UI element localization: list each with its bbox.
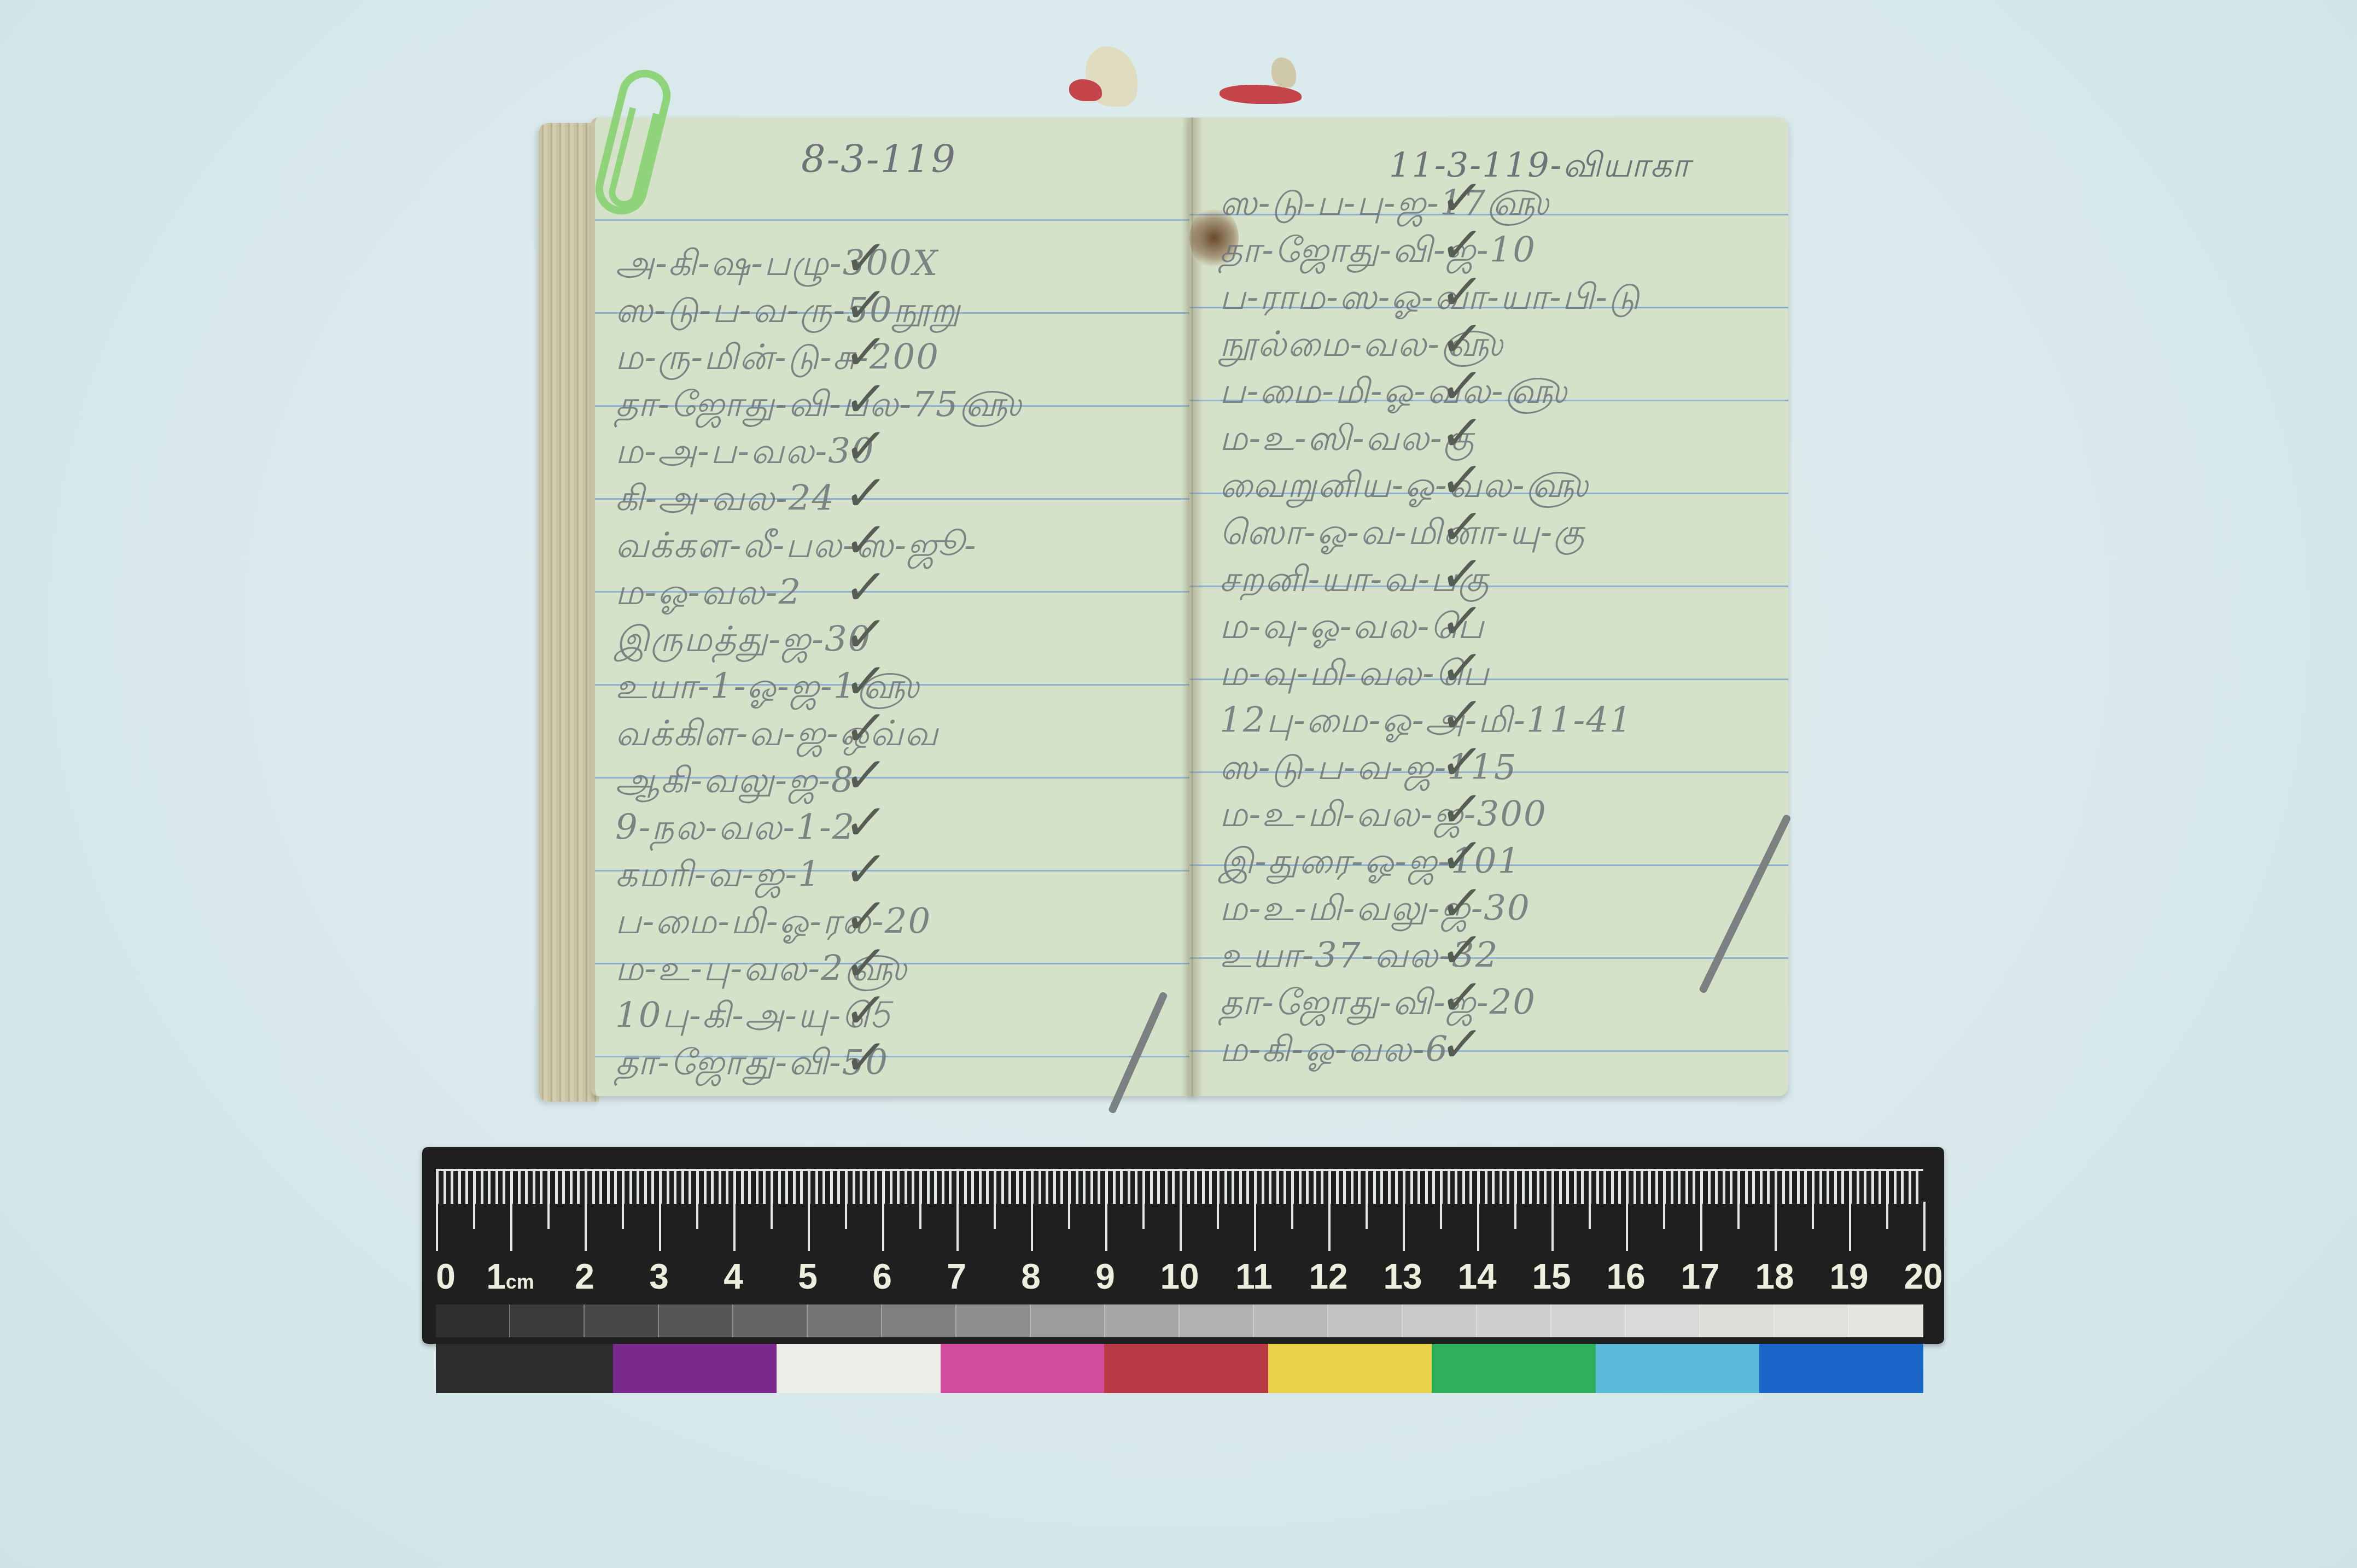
cm-tick [1477, 1202, 1479, 1251]
gray-step-patch [1031, 1304, 1105, 1337]
cm-label: 0 [436, 1256, 456, 1297]
half-cm-tick [919, 1202, 921, 1229]
half-cm-tick [1886, 1202, 1888, 1229]
handwritten-entry: ம-ரு-மின்-டு-சு-200 [615, 337, 940, 382]
cm-label: 6 [872, 1256, 892, 1297]
gray-step-patch [436, 1304, 510, 1337]
cm-tick [1626, 1202, 1628, 1251]
handwritten-entry: ம-உ-மி-வல-ஜ-300 [1220, 794, 1547, 839]
cm-tick [1775, 1202, 1777, 1251]
handwritten-entry: இருமத்து-ஜ-30 [615, 619, 871, 664]
cm-tick [436, 1202, 438, 1251]
cm-tick [1923, 1202, 1926, 1251]
half-cm-tick [1291, 1202, 1293, 1229]
half-cm-tick [1737, 1202, 1740, 1229]
cm-tick [1700, 1202, 1702, 1251]
millimeter-scale [436, 1169, 1923, 1204]
half-cm-tick [1142, 1202, 1145, 1229]
gray-step-patch [1700, 1304, 1775, 1337]
handwritten-entry: ஆகி-வலு-ஜ-8 [615, 760, 855, 805]
color-patch-white [777, 1344, 941, 1393]
gray-step-patch [733, 1304, 808, 1337]
cm-tick [1105, 1202, 1107, 1251]
half-cm-tick [1366, 1202, 1368, 1229]
handwritten-entry: தா-ஜோது-வி-ஜ-10 [1220, 230, 1536, 275]
half-cm-tick [994, 1202, 996, 1229]
cm-tick [1180, 1202, 1182, 1251]
handwritten-entry: வைறுனிய-ஓ-வல-௵ [1220, 465, 1588, 510]
gray-step-patch [659, 1304, 733, 1337]
handwritten-entry: ப-மை-மி-ஓ-வல-௵ [1220, 371, 1567, 416]
grayscale-strip [436, 1304, 1923, 1337]
handwritten-entry: ஸொ-ஓ-வ-மினா-யு-கு [1220, 512, 1585, 557]
color-patch-cyan [1596, 1344, 1760, 1393]
half-cm-tick [473, 1202, 475, 1229]
handwritten-entry: 9-நல-வல-1-2 [615, 808, 855, 852]
cm-tick [808, 1202, 810, 1251]
color-patch-blue [1759, 1344, 1923, 1393]
cm-label: 9 [1095, 1256, 1115, 1297]
gray-step-patch [808, 1304, 882, 1337]
half-cm-tick [547, 1202, 550, 1229]
cm-label: 20 [1904, 1256, 1942, 1297]
gray-step-patch [585, 1304, 659, 1337]
binding-gutter [1181, 118, 1203, 1096]
gray-step-patch [510, 1304, 585, 1337]
cm-label: 17 [1681, 1256, 1719, 1297]
color-patch-black [436, 1344, 613, 1393]
handwritten-entry: கமரி-வ-ஜ-1 [615, 855, 821, 899]
cm-tick [882, 1202, 884, 1251]
half-cm-tick [771, 1202, 773, 1229]
cm-tick [659, 1202, 661, 1251]
scale-color-reference-card: 01cm234567891011121314151617181920 [422, 1147, 1944, 1344]
half-cm-tick [1663, 1202, 1665, 1229]
gray-step-patch [1849, 1304, 1923, 1337]
cm-label: 15 [1532, 1256, 1571, 1297]
gray-step-patch [1775, 1304, 1849, 1337]
half-cm-tick [1589, 1202, 1591, 1229]
cm-tick [510, 1202, 512, 1251]
half-cm-tick [1514, 1202, 1516, 1229]
color-patch-strip [436, 1344, 1923, 1393]
cm-tick [956, 1202, 959, 1251]
half-cm-tick [845, 1202, 847, 1229]
half-cm-tick [1068, 1202, 1070, 1229]
color-patch-yellow [1268, 1344, 1432, 1393]
half-cm-tick [696, 1202, 698, 1229]
cm-label: 14 [1457, 1256, 1496, 1297]
cm-tick [1551, 1202, 1554, 1251]
handwritten-entry: ம-உ-ஸி-வல-கு [1220, 418, 1475, 463]
cm-label: 7 [947, 1256, 966, 1297]
cm-tick [1031, 1202, 1033, 1251]
color-patch-red [1104, 1344, 1268, 1393]
gray-step-patch [1403, 1304, 1477, 1337]
gray-step-patch [1551, 1304, 1626, 1337]
cm-label: 8 [1021, 1256, 1041, 1297]
handwritten-entry: அ-கி-ஷ-பழு-300X [615, 243, 938, 288]
gray-step-patch [882, 1304, 956, 1337]
cm-tick [1403, 1202, 1405, 1251]
half-cm-tick [622, 1202, 624, 1229]
handwritten-entry: ஸ-டு-ப-பு-ஜ-17௵ [1220, 183, 1549, 228]
cm-unit-label: cm [506, 1271, 534, 1293]
handwritten-entry: தா-ஜோது-வி-ஜ-20 [1220, 982, 1536, 1027]
check-mark-icon: ✓ [841, 1029, 890, 1086]
half-cm-tick [1217, 1202, 1219, 1229]
color-patch-green [1432, 1344, 1596, 1393]
cm-label: 19 [1829, 1256, 1868, 1297]
cm-tick [733, 1202, 736, 1251]
half-cm-tick [1812, 1202, 1814, 1229]
page-stack-edge [539, 123, 599, 1102]
gray-step-patch [1180, 1304, 1254, 1337]
cm-label: 13 [1383, 1256, 1422, 1297]
gray-step-patch [1254, 1304, 1328, 1337]
cm-tick [1849, 1202, 1851, 1251]
cm-label: 11 [1235, 1256, 1273, 1297]
check-mark-icon: ✓ [1437, 1016, 1486, 1073]
gray-step-patch [1626, 1304, 1700, 1337]
cm-label: 4 [724, 1256, 743, 1297]
handwritten-entry: ம-கி-ஓ-வல-6 [1220, 1029, 1449, 1074]
cm-tick [1328, 1202, 1331, 1251]
cm-label: 5 [798, 1256, 818, 1297]
cm-tick [585, 1202, 587, 1251]
cm-label: 3 [649, 1256, 669, 1297]
cm-label: 16 [1606, 1256, 1645, 1297]
gray-step-patch [1105, 1304, 1180, 1337]
gray-step-patch [1477, 1304, 1551, 1337]
cm-tick [1254, 1202, 1256, 1251]
cm-label: 12 [1309, 1256, 1347, 1297]
handwritten-entry: வக்கிள-வ-ஜ-ஒவ்வ [615, 713, 939, 758]
cm-label: 18 [1755, 1256, 1794, 1297]
handwritten-entry: கி-அ-வல-24 [615, 478, 835, 523]
gray-step-patch [956, 1304, 1031, 1337]
left-page-date: 8-3-119 [801, 137, 956, 182]
handwritten-entry: ஸ-டு-ப-வ-ரு-50நூறு [615, 290, 961, 335]
cm-label: 1cm [486, 1256, 534, 1297]
gray-step-patch [1328, 1304, 1403, 1337]
handwritten-entry: ப-ராம-ஸ-ஓ-வா-யா-பி-டு [1220, 277, 1641, 322]
handwritten-entry: ம-ஓ-வல-2 [615, 572, 802, 617]
notebook: 8-3-119 அ-கி-ஷ-பழு-300X✓ஸ-டு-ப-வ-ரு-50நூ… [539, 101, 1799, 1107]
handwritten-entry: தா-ஜோது-வி-பல-75௵ [615, 384, 1022, 429]
color-patch-purple [613, 1344, 777, 1393]
cm-label: 2 [575, 1256, 594, 1297]
handwritten-entry: வக்கள-லீ-பல-ஸ-ஜூ- [615, 525, 977, 570]
handwritten-entry: ம-அ-ப-வல-30 [615, 431, 875, 476]
color-patch-magenta [941, 1344, 1105, 1393]
handwritten-entry: 12பு-மை-ஓ-அ-மி-11-41 [1220, 700, 1633, 745]
cm-label: 10 [1160, 1256, 1199, 1297]
half-cm-tick [1440, 1202, 1442, 1229]
